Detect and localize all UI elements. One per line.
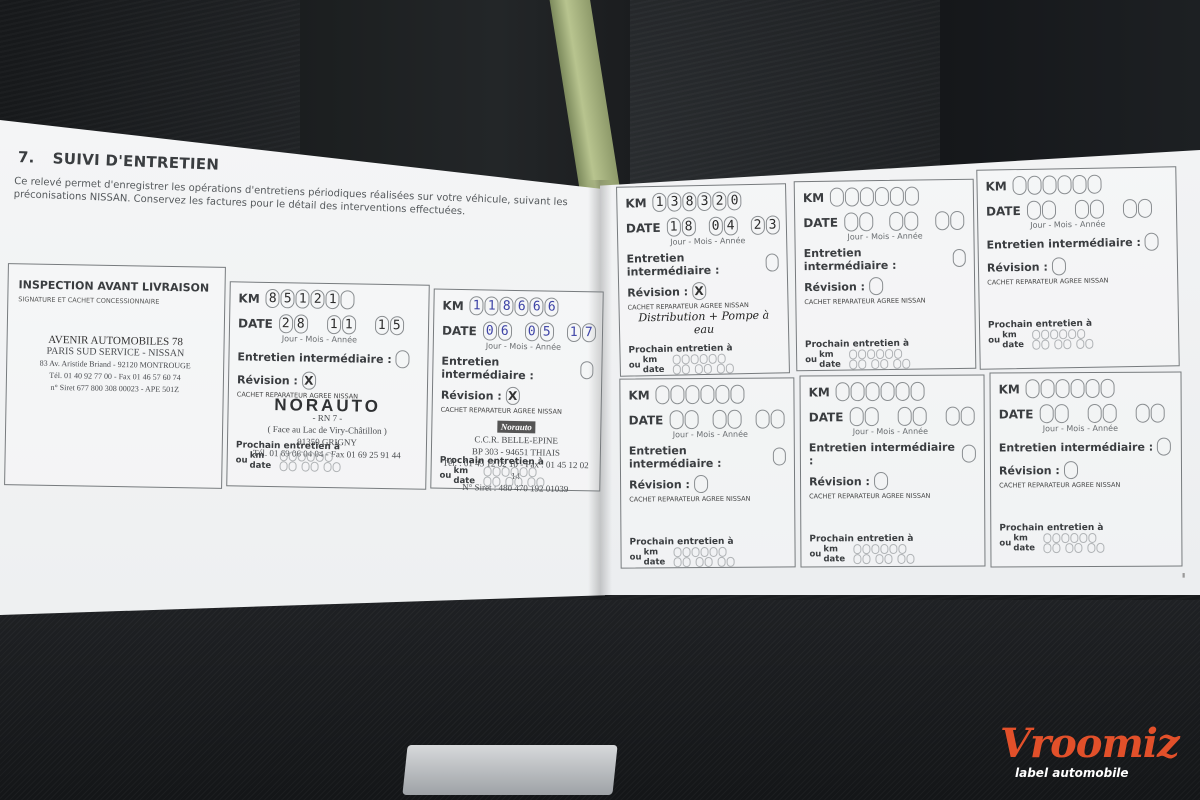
or-label: ou <box>999 538 1013 548</box>
maintenance-entry: KM118666 DATE060517 Jour - Mois - Année … <box>430 289 603 492</box>
km-digit[interactable] <box>875 187 889 206</box>
revision-label: Révision : <box>629 478 690 491</box>
km-digit[interactable] <box>1056 379 1070 398</box>
km-label: KM <box>442 298 463 312</box>
maintenance-entry: KM DATE Jour - Mois - Année Entretien in… <box>799 375 985 568</box>
km-label: KM <box>628 388 649 402</box>
km-field[interactable]: 138320 <box>652 191 742 212</box>
revision-label: Révision : <box>441 388 502 402</box>
km-digit[interactable] <box>830 188 844 207</box>
intermediate-checkbox[interactable] <box>773 447 786 465</box>
revision-checkbox[interactable]: X <box>506 387 520 405</box>
or-label: ou <box>988 335 1002 345</box>
date-digit[interactable] <box>849 407 863 426</box>
date-format-hint: Jour - Mois - Année <box>282 334 420 345</box>
intermediate-checkbox[interactable] <box>962 445 976 463</box>
km-digit[interactable]: 1 <box>296 289 310 308</box>
km-digit[interactable] <box>716 385 730 404</box>
next-km-label: km <box>644 547 674 557</box>
km-digit[interactable] <box>1101 379 1115 398</box>
seat-slot <box>402 745 617 795</box>
date-digit[interactable] <box>1042 200 1056 219</box>
date-digit[interactable]: 5 <box>540 322 554 341</box>
intermediate-label: Entretien intermédiaire : <box>986 235 1140 251</box>
maintenance-entry: KM138320 DATE180423 Jour - Mois - Année … <box>616 183 790 377</box>
date-digit[interactable] <box>771 409 785 428</box>
date-digit[interactable]: 8 <box>294 314 308 333</box>
km-label: KM <box>999 382 1020 396</box>
date-format-hint: Jour - Mois - Année <box>670 235 778 246</box>
km-digit[interactable] <box>866 382 880 401</box>
date-digit[interactable] <box>1123 199 1137 218</box>
date-digit[interactable] <box>727 410 741 429</box>
revision-checkbox[interactable] <box>874 472 888 490</box>
date-digit[interactable] <box>897 407 911 426</box>
date-digit[interactable]: 1 <box>375 316 389 335</box>
next-km-label: km <box>1013 533 1043 543</box>
date-digit[interactable] <box>864 407 878 426</box>
km-digit[interactable] <box>1073 175 1087 194</box>
km-digit[interactable] <box>911 382 925 401</box>
stamp-area <box>999 489 1173 522</box>
date-digit[interactable]: 1 <box>567 323 581 342</box>
page-number: ▮ <box>1182 572 1185 579</box>
date-digit[interactable]: 2 <box>750 216 764 235</box>
maintenance-entry: KM DATE Jour - Mois - Année Entretien in… <box>794 179 977 371</box>
km-digit[interactable]: 3 <box>697 192 711 211</box>
next-km-label: km <box>250 451 280 462</box>
revision-checkbox[interactable]: X <box>302 372 316 390</box>
or-label: ou <box>439 471 453 481</box>
next-date-field[interactable] <box>674 556 787 567</box>
or-label: ou <box>629 360 643 370</box>
date-digit[interactable] <box>1138 199 1152 218</box>
next-km-label: km <box>643 355 673 366</box>
or-label: ou <box>630 552 644 562</box>
date-digit[interactable] <box>712 410 726 429</box>
next-date-label: date <box>819 360 849 370</box>
km-digit[interactable]: 1 <box>326 290 340 309</box>
watermark-tagline: label automobile <box>1015 766 1129 780</box>
date-digit[interactable] <box>1135 404 1149 423</box>
date-label: DATE <box>809 410 844 424</box>
revision-checkbox[interactable]: X <box>692 282 706 300</box>
date-digit[interactable] <box>889 212 903 231</box>
km-label: KM <box>238 291 259 305</box>
date-digit[interactable] <box>1090 200 1104 219</box>
handwritten-note: Distribution + Pompe à eau <box>628 308 781 337</box>
intermediate-label: Entretien intermédiaire : <box>626 250 762 279</box>
date-digit[interactable]: 0 <box>525 322 539 341</box>
intermediate-checkbox[interactable] <box>766 253 779 271</box>
km-digit[interactable]: 6 <box>515 297 529 316</box>
next-date-label: date <box>1013 543 1043 553</box>
next-km-field[interactable] <box>1043 533 1173 544</box>
date-digit[interactable] <box>1054 404 1068 423</box>
next-date-label: date <box>1002 340 1032 351</box>
km-digit[interactable]: 2 <box>712 191 726 210</box>
next-date-label: date <box>250 461 280 472</box>
date-digit[interactable] <box>935 211 949 230</box>
or-label: ou <box>809 549 823 559</box>
km-label: KM <box>985 179 1006 193</box>
km-digit[interactable] <box>701 385 715 404</box>
revision-checkbox[interactable] <box>694 475 708 493</box>
intermediate-checkbox[interactable] <box>1145 233 1159 251</box>
intermediate-label: Entretien intermédiaire : <box>237 350 391 366</box>
stamp-area <box>987 283 1170 318</box>
date-label: DATE <box>629 413 664 427</box>
date-digit[interactable] <box>950 211 964 230</box>
maintenance-entry: KM DATE Jour - Mois - Année Entretien in… <box>619 377 795 568</box>
date-label: DATE <box>986 203 1021 218</box>
km-digit[interactable] <box>1088 175 1102 194</box>
km-digit[interactable] <box>1086 379 1100 398</box>
date-format-hint: Jour - Mois - Année <box>673 429 786 439</box>
date-digit[interactable] <box>1150 404 1164 423</box>
revision-checkbox[interactable] <box>869 277 883 295</box>
date-digit[interactable] <box>1075 200 1089 219</box>
date-digit[interactable] <box>1102 404 1116 423</box>
km-digit[interactable]: 8 <box>500 297 514 316</box>
km-digit[interactable] <box>836 382 850 401</box>
next-km-label: km <box>823 544 853 554</box>
km-digit[interactable]: 1 <box>470 296 484 315</box>
or-label: ou <box>805 355 819 365</box>
revision-label: Révision : <box>804 280 865 294</box>
km-digit[interactable] <box>851 382 865 401</box>
date-format-hint: Jour - Mois - Année <box>486 341 594 352</box>
stamp-area: Distribution + Pompe à eau <box>628 308 781 343</box>
next-date-label: date <box>644 557 674 567</box>
next-date-field[interactable] <box>849 358 967 370</box>
km-digit[interactable]: 1 <box>485 296 499 315</box>
revision-label: Révision : <box>809 475 870 488</box>
km-digit[interactable] <box>860 187 874 206</box>
intermediate-label: Entretien intermédiaire : <box>809 441 959 468</box>
maintenance-entry: KM DATE Jour - Mois - Année Entretien in… <box>976 166 1179 369</box>
intermediate-label: Entretien intermédiaire : <box>629 444 769 471</box>
km-label: KM <box>809 385 830 399</box>
maintenance-entry: KM85121 DATE281115 Jour - Mois - Année E… <box>226 281 430 489</box>
km-digit[interactable] <box>890 187 904 206</box>
next-date-field[interactable] <box>673 362 781 374</box>
km-field[interactable]: 85121 <box>266 289 356 310</box>
km-digit[interactable] <box>731 385 745 404</box>
km-digit[interactable]: 8 <box>266 289 280 308</box>
km-digit[interactable]: 1 <box>652 193 666 212</box>
date-digit[interactable] <box>912 407 926 426</box>
dealer-stamp: AVENIR AUTOMOBILES 78 PARIS SUD SERVICE … <box>17 333 214 396</box>
next-km-label: km <box>1002 330 1032 341</box>
next-date-field[interactable] <box>1043 543 1173 554</box>
date-label: DATE <box>626 220 661 235</box>
date-digit[interactable]: 2 <box>279 314 293 333</box>
km-digit[interactable]: 3 <box>667 192 681 211</box>
date-digit[interactable] <box>960 407 974 426</box>
km-digit[interactable] <box>1026 379 1040 398</box>
date-digit[interactable]: 7 <box>582 323 596 342</box>
km-digit[interactable] <box>1041 379 1055 398</box>
next-km-label: km <box>453 466 483 477</box>
inspection-subtitle: SIGNATURE ET CACHET CONCESSIONNAIRE <box>18 295 214 306</box>
next-date-field[interactable] <box>483 476 591 488</box>
km-digit[interactable] <box>905 187 919 206</box>
km-field[interactable] <box>836 382 926 401</box>
stamp-area <box>629 502 786 535</box>
km-field[interactable] <box>1026 379 1116 398</box>
km-digit[interactable] <box>1028 176 1042 195</box>
date-digit[interactable] <box>1087 404 1101 423</box>
km-digit[interactable]: 5 <box>281 289 295 308</box>
intermediate-label: Entretien intermédiaire : <box>804 245 949 273</box>
date-label: DATE <box>238 316 273 331</box>
km-field[interactable] <box>1013 175 1103 196</box>
date-digit[interactable]: 3 <box>765 215 779 234</box>
date-format-hint: Jour - Mois - Année <box>1043 424 1173 434</box>
km-digit[interactable]: 6 <box>530 297 544 316</box>
km-digit[interactable] <box>341 290 355 309</box>
km-field[interactable]: 118666 <box>470 296 560 317</box>
next-date-field[interactable] <box>279 461 417 473</box>
date-digit[interactable] <box>859 212 873 231</box>
date-digit[interactable]: 5 <box>390 316 404 335</box>
or-label: ou <box>236 455 250 465</box>
revision-label: Révision : <box>237 373 298 387</box>
date-format-hint: Jour - Mois - Année <box>853 427 976 437</box>
stamp-area: NORAUTO- RN 7 -( Face au Lac de Viry-Châ… <box>236 398 419 441</box>
revision-label: Révision : <box>999 464 1060 477</box>
date-format-hint: Jour - Mois - Année <box>1030 218 1168 229</box>
date-format-hint: Jour - Mois - Année <box>847 231 965 242</box>
stamp-area <box>809 500 976 533</box>
date-digit[interactable]: 1 <box>666 217 680 236</box>
km-digit[interactable] <box>686 385 700 404</box>
km-digit[interactable]: 2 <box>311 290 325 309</box>
revision-label: Révision : <box>627 285 688 299</box>
revision-label: Révision : <box>987 260 1048 274</box>
km-field[interactable] <box>830 187 920 207</box>
km-label: KM <box>625 196 647 210</box>
date-digit[interactable]: 1 <box>342 315 356 334</box>
date-digit[interactable] <box>756 410 770 429</box>
km-digit[interactable]: 8 <box>682 192 696 211</box>
km-digit[interactable] <box>881 382 895 401</box>
date-digit[interactable] <box>1027 201 1041 220</box>
date-digit[interactable]: 4 <box>723 216 737 235</box>
intermediate-checkbox[interactable] <box>952 249 966 267</box>
km-digit[interactable] <box>656 385 670 404</box>
next-date-label: date <box>453 476 483 487</box>
date-label: DATE <box>999 407 1034 421</box>
km-digit[interactable] <box>1013 176 1027 195</box>
km-digit[interactable] <box>1058 175 1072 194</box>
date-digit[interactable] <box>844 212 858 231</box>
next-date-label: date <box>643 365 673 376</box>
revision-checkbox[interactable] <box>1052 257 1066 275</box>
intermediate-label: Entretien intermédiaire : <box>999 440 1153 454</box>
date-digit[interactable] <box>945 407 959 426</box>
km-digit[interactable] <box>671 385 685 404</box>
km-digit[interactable]: 0 <box>727 191 741 210</box>
km-digit[interactable]: 6 <box>545 297 559 316</box>
next-km-field[interactable] <box>853 544 976 555</box>
date-digit[interactable] <box>1039 404 1053 423</box>
next-km-label: km <box>819 350 849 360</box>
date-digit[interactable]: 0 <box>483 321 497 340</box>
date-digit[interactable]: 1 <box>327 315 341 334</box>
date-digit[interactable]: 6 <box>498 322 512 341</box>
watermark-brand: Vroomiz <box>1000 720 1179 767</box>
intermediate-label: Entretien intermédiaire : <box>441 355 577 383</box>
date-label: DATE <box>803 215 838 229</box>
inspection-box: INSPECTION AVANT LIVRAISON SIGNATURE ET … <box>4 263 226 489</box>
date-label: DATE <box>442 323 477 338</box>
km-digit[interactable] <box>896 382 910 401</box>
revision-checkbox[interactable] <box>1064 461 1078 479</box>
stamp-area <box>804 304 966 338</box>
intermediate-checkbox[interactable] <box>1157 438 1171 456</box>
km-field[interactable] <box>656 385 746 405</box>
next-date-label: date <box>823 554 853 564</box>
repairer-stamp-line: Norauto <box>498 421 535 434</box>
km-digit[interactable] <box>1071 379 1085 398</box>
date-digit[interactable] <box>669 410 683 429</box>
next-date-field[interactable] <box>853 554 976 565</box>
stamp-area: NorautoC.C.R. BELLE-EPINEBP 303 - 94651 … <box>440 414 593 457</box>
date-digit[interactable] <box>904 212 918 231</box>
km-digit[interactable] <box>845 187 859 206</box>
next-date-field[interactable] <box>1032 337 1170 349</box>
date-digit[interactable]: 0 <box>708 217 722 236</box>
intermediate-checkbox[interactable] <box>396 350 410 368</box>
inspection-title: INSPECTION AVANT LIVRAISON <box>18 278 214 294</box>
date-digit[interactable] <box>684 410 698 429</box>
intermediate-checkbox[interactable] <box>581 361 594 379</box>
section-number: 7. <box>18 148 35 167</box>
km-label: KM <box>803 190 824 204</box>
km-digit[interactable] <box>1043 175 1057 194</box>
maintenance-entry: KM DATE Jour - Mois - Année Entretien in… <box>989 371 1182 567</box>
date-digit[interactable]: 8 <box>681 217 695 236</box>
